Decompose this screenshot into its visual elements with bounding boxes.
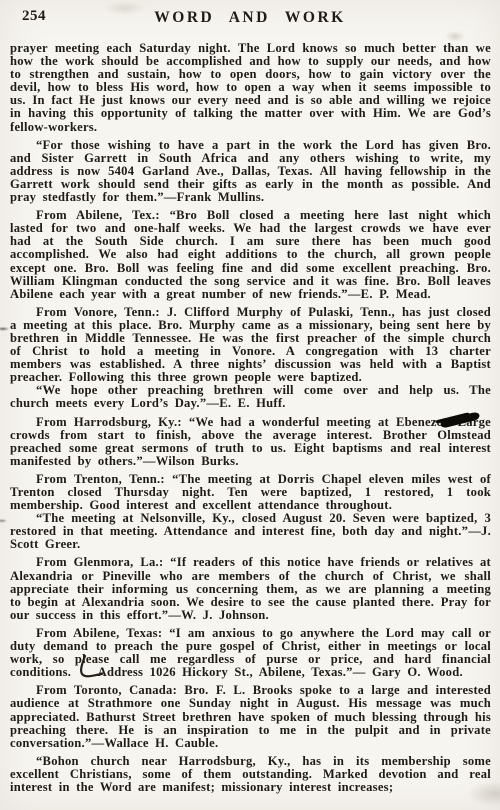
smudged-word-text: Large (458, 415, 491, 429)
paragraph-huff-note: “We hope other preaching brethren will c… (10, 384, 491, 410)
scanned-page: 254 WORD AND WORK prayer meeting each Sa… (0, 0, 500, 810)
harrodsburg-text-before: From Harrodsburg, Ky.: “We had a wonderf… (36, 415, 451, 429)
paragraph-garrett-notice: “For those wishing to have a part in the… (10, 139, 491, 204)
body-text: prayer meeting each Saturday night. The … (0, 35, 500, 794)
paragraph-continuation: prayer meeting each Saturday night. The … (10, 42, 491, 134)
paragraph-toronto-canada: From Toronto, Canada: Bro. F. L. Brooks … (10, 684, 491, 749)
paragraph-nelsonville-ky: “The meeting at Nelsonville, Ky., closed… (10, 512, 491, 551)
paragraph-glenmora-la: From Glenmora, La.: “If readers of this … (10, 556, 491, 621)
paragraph-abilene-tex: From Abilene, Tex.: “Bro Boll closed a m… (10, 209, 491, 301)
page-title: WORD AND WORK (0, 9, 500, 27)
page-number: 254 (22, 8, 46, 25)
paragraph-vonore-tenn: From Vonore, Tenn.: J. Clifford Murphy o… (10, 306, 491, 385)
harrodsburg-text-after: crowds from start to finish, above the a… (10, 428, 491, 468)
smudged-word: Large (458, 415, 491, 429)
paragraph-trenton-tenn: From Trenton, Tenn.: “The meeting at Dor… (10, 473, 491, 512)
paragraph-abilene-texas-wood: From Abilene, Texas: “I am anxious to go… (10, 627, 491, 679)
paragraph-bohon-church: “Bohon church near Harrodsburg, Ky., has… (10, 755, 491, 794)
paragraph-harrodsburg-ky: From Harrodsburg, Ky.: “We had a wonderf… (10, 416, 491, 468)
wood-text-after: Address 1026 Hickory St., Abilene, Texas… (98, 665, 463, 679)
page-header: 254 WORD AND WORK (0, 0, 500, 35)
